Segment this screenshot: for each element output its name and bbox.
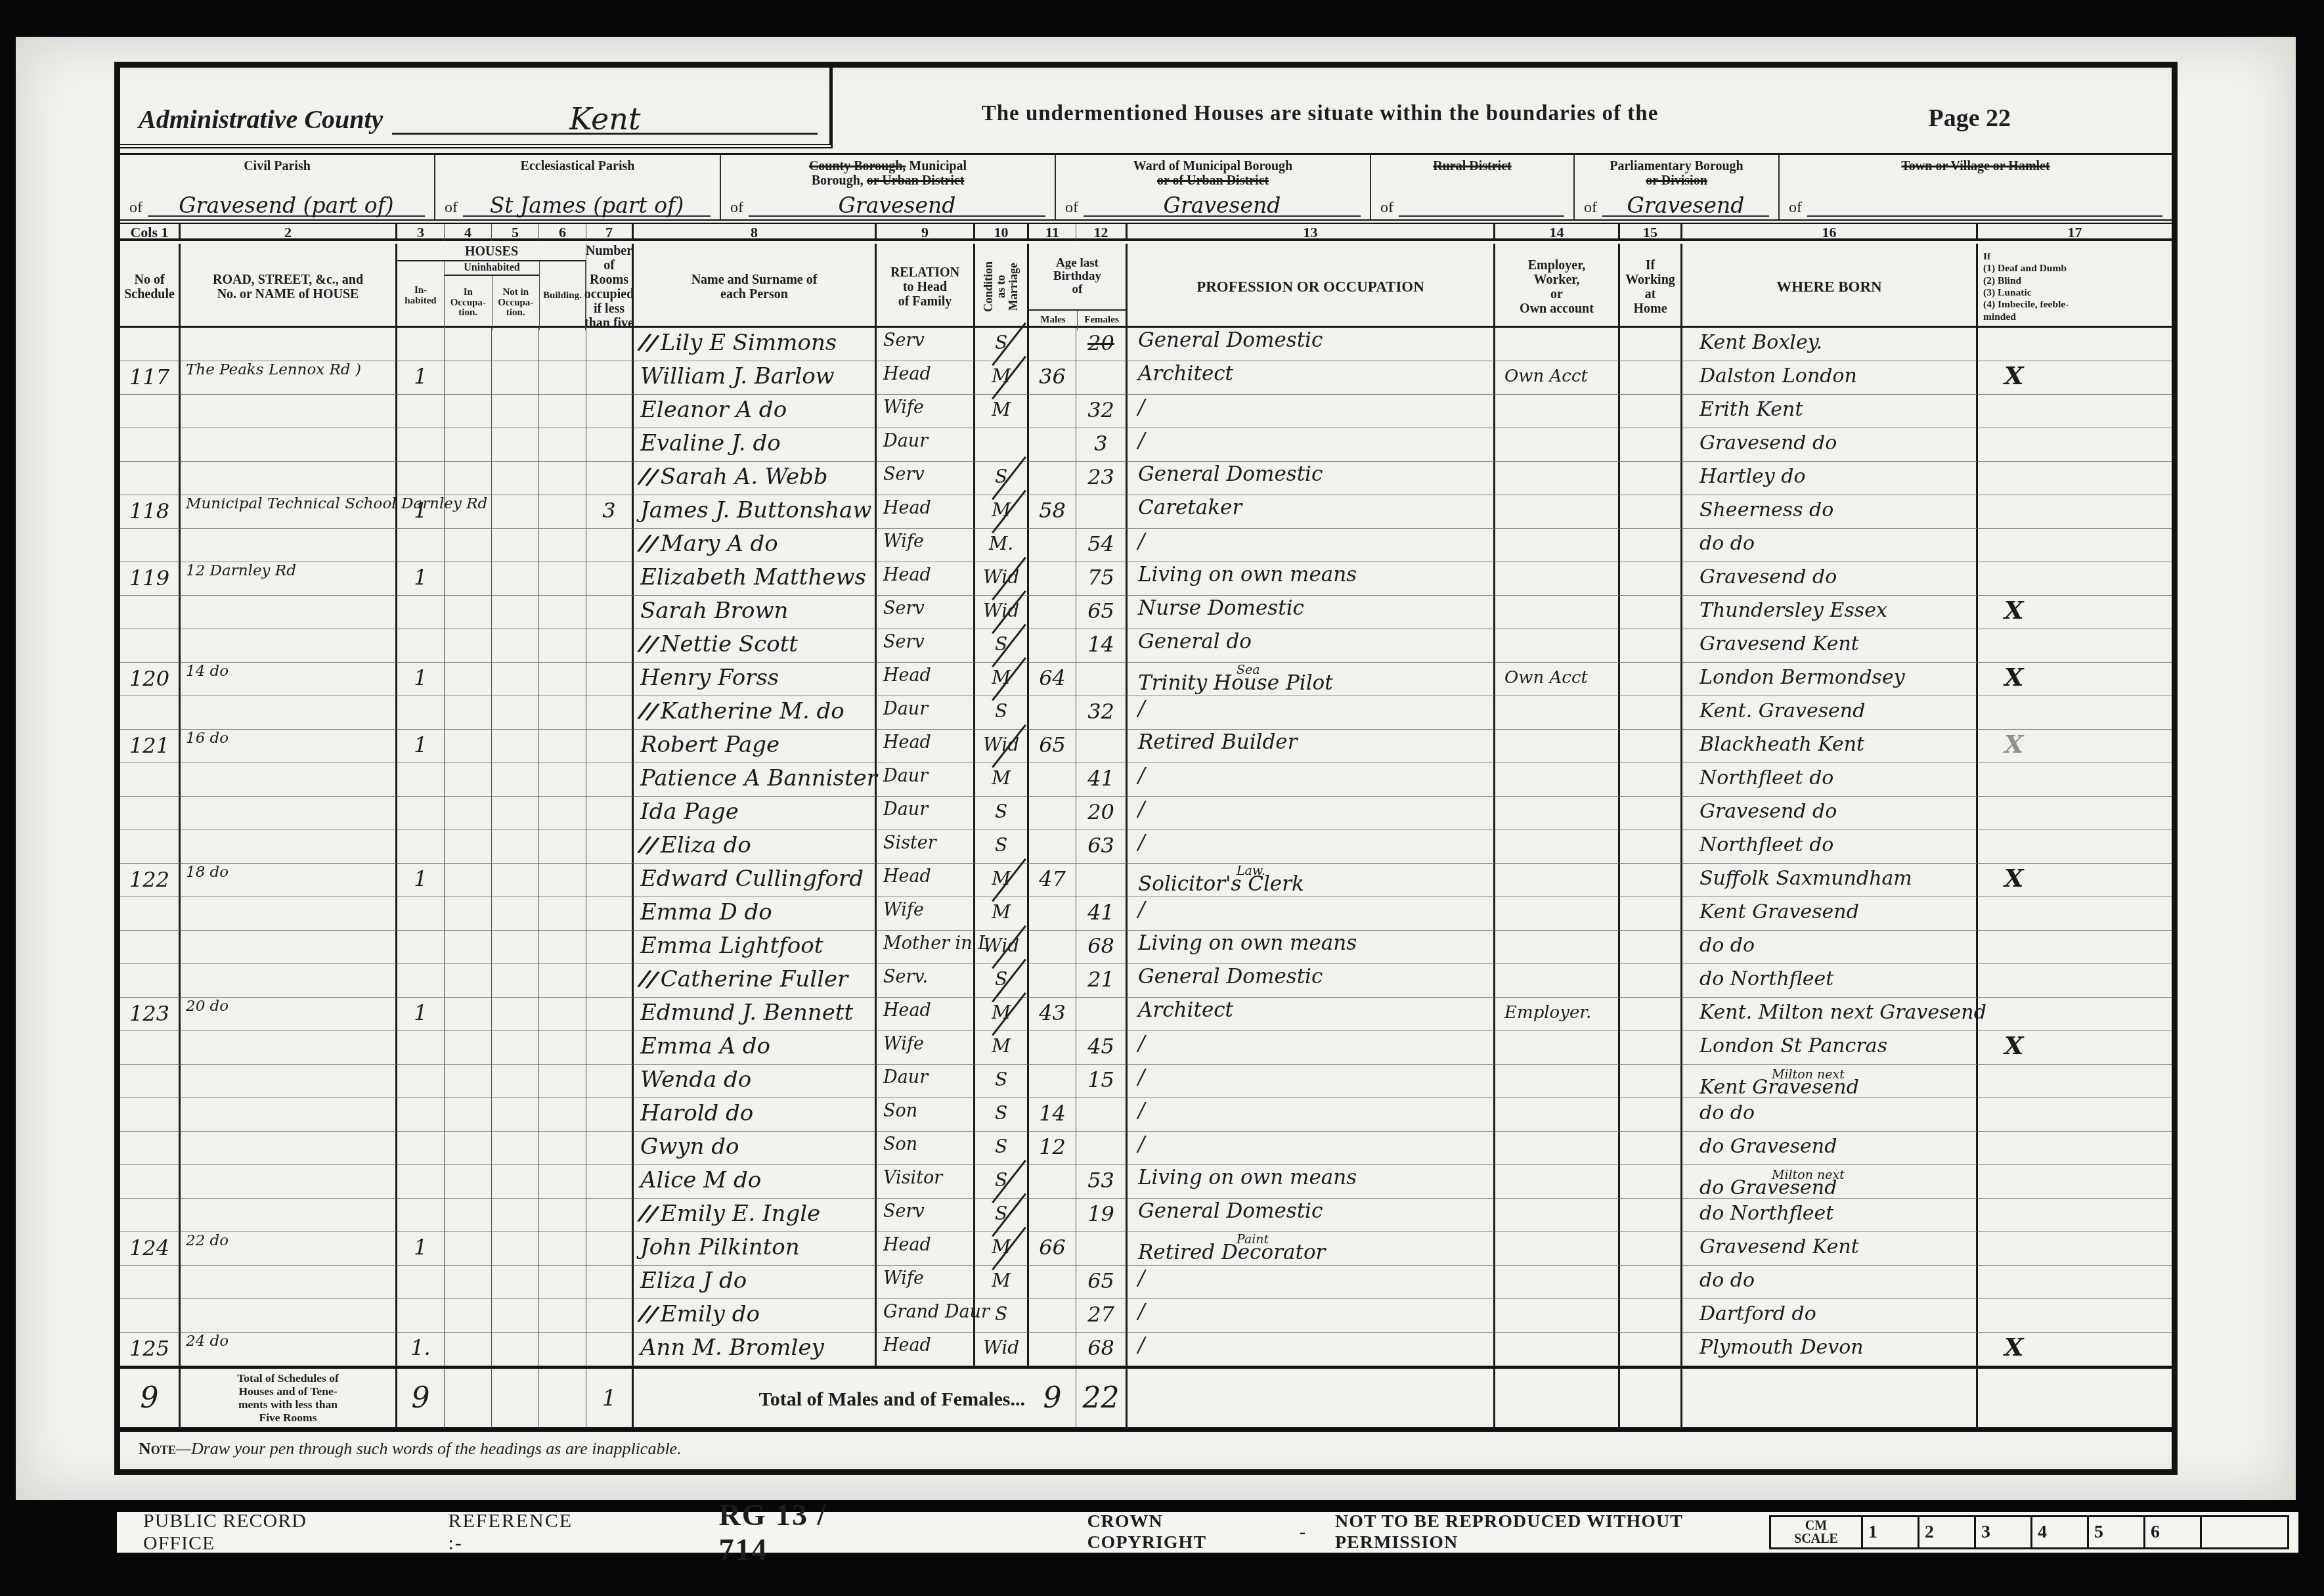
cell-address <box>181 596 397 629</box>
cell-inhabited: 1 <box>397 998 445 1031</box>
cell-rooms <box>586 462 634 495</box>
cell-occupation: General Domestic <box>1128 462 1495 495</box>
cell-schedule <box>120 931 181 964</box>
totals-houses: 9 <box>397 1369 445 1428</box>
cell-inhabited <box>397 797 445 830</box>
cell-uninhabited-in-occupation <box>445 730 492 763</box>
ruler-box <box>2202 1517 2287 1547</box>
table-row: Sarah BrownServWid65Nurse DomesticThunde… <box>120 596 2172 629</box>
cell-schedule <box>120 1065 181 1098</box>
cell-occupation: Caretaker <box>1128 495 1495 529</box>
cell-employer <box>1495 1333 1620 1366</box>
cell-uninhabited-not-occupation <box>492 629 539 663</box>
age-female-value: 27 <box>1087 1302 1114 1327</box>
ruler-box: 6 <box>2145 1517 2202 1547</box>
cell-inhabited <box>397 629 445 663</box>
cell-age-female: 20 <box>1076 328 1128 361</box>
age-female-value: 20 <box>1087 799 1114 824</box>
totals-empty <box>539 1369 586 1428</box>
cell-employer <box>1495 763 1620 797</box>
cell-employer <box>1495 462 1620 495</box>
infirmity-mark: X <box>2004 729 2023 759</box>
cell-uninhabited-in-occupation <box>445 830 492 864</box>
admin-county-label: Administrative County <box>139 104 383 135</box>
cell-infirmity <box>1978 1132 2172 1165</box>
cell-where-born: Kent Boxley. <box>1682 328 1978 361</box>
cell-address <box>181 931 397 964</box>
occupation-value: Nurse Domestic <box>1138 596 1304 620</box>
cell-address <box>181 629 397 663</box>
occupation-value: / <box>1138 395 1145 419</box>
occupation-value: Retired Builder <box>1138 730 1298 754</box>
cell-where-born: Dartford do <box>1682 1299 1978 1333</box>
cell-relation: Son <box>877 1098 975 1132</box>
cell-where-born: Blackheath Kent <box>1682 730 1978 763</box>
cell-relation: Serv <box>877 462 975 495</box>
district-of-line: ofGravesend <box>730 195 1045 217</box>
cell-relation: Grand Daur <box>877 1299 975 1333</box>
cell-building <box>539 495 586 529</box>
cell-inhabited <box>397 830 445 864</box>
header-condition: Condition as to Marriage <box>975 244 1029 330</box>
cell-age-male <box>1029 797 1076 830</box>
age-female-value: 32 <box>1087 699 1114 724</box>
admin-county-box: Administrative County Kent <box>120 68 833 148</box>
cell-schedule: 125 <box>120 1333 181 1366</box>
cell-schedule <box>120 797 181 830</box>
cell-address <box>181 797 397 830</box>
cell-where-born: Gravesend do <box>1682 797 1978 830</box>
cell-working-at-home <box>1620 696 1682 730</box>
age-female-value: 65 <box>1087 598 1114 623</box>
district-label: Civil Parish <box>129 159 425 173</box>
header-age: Age last Birthday of <box>1029 244 1126 309</box>
cell-age-male: 12 <box>1029 1132 1076 1165</box>
cell-building <box>539 1031 586 1065</box>
born-value: Kent. Gravesend <box>1699 699 1865 722</box>
cell-age-female: 68 <box>1076 1333 1128 1366</box>
continuation-tick-mark: // <box>638 326 659 359</box>
cell-uninhabited-not-occupation <box>492 495 539 529</box>
cell-relation: Daur <box>877 696 975 730</box>
district-of-line: ofGravesend <box>1065 195 1361 217</box>
cell-name: Edmund J. Bennett <box>634 998 877 1031</box>
age-female-value: 32 <box>1087 397 1114 422</box>
cell-infirmity <box>1978 1165 2172 1199</box>
district-header-row: Civil ParishofGravesend (part of)Ecclesi… <box>120 153 2172 224</box>
cell-building <box>539 1065 586 1098</box>
table-row: Alice M doVisitorS53Living on own meansM… <box>120 1165 2172 1199</box>
cell-schedule <box>120 830 181 864</box>
born-value: Sheerness do <box>1699 499 1833 521</box>
cell-relation: Daur <box>877 1065 975 1098</box>
cell-age-male <box>1029 596 1076 629</box>
of-word: of <box>1789 199 1802 217</box>
cell-name: //Eliza do <box>634 830 877 864</box>
totals-males: 9 <box>1029 1369 1076 1428</box>
cell-age-male <box>1029 1031 1076 1065</box>
cell-uninhabited-in-occupation <box>445 562 492 596</box>
cell-building <box>539 797 586 830</box>
cell-building <box>539 1232 586 1266</box>
table-body: //Lily E SimmonsServS20General DomesticK… <box>120 328 2172 1366</box>
cell-infirmity <box>1978 797 2172 830</box>
column-number: 13 <box>1128 224 1495 241</box>
cell-building <box>539 1098 586 1132</box>
born-value: Suffolk Saxmundham <box>1699 867 1912 890</box>
table-row: Wenda doDaurS15/Milton nextKent Gravesen… <box>120 1065 2172 1098</box>
admin-county-value: Kent <box>392 106 818 135</box>
cell-uninhabited-not-occupation <box>492 428 539 462</box>
cell-name: William J. Barlow <box>634 361 877 395</box>
cell-age-female: 75 <box>1076 562 1128 596</box>
person-name: Robert Page <box>640 732 779 758</box>
of-word: of <box>1380 199 1393 217</box>
table-row: Patience A BannisterDaurM41/Northfleet d… <box>120 763 2172 797</box>
age-female-value: 65 <box>1087 1268 1114 1293</box>
cell-condition: M <box>975 897 1029 931</box>
cell-age-male <box>1029 830 1076 864</box>
public-record-office-strip: PUBLIC RECORD OFFICE REFERENCE :- RG 13 … <box>117 1512 2298 1553</box>
cell-relation: Daur <box>877 763 975 797</box>
cell-name: Emma A do <box>634 1031 877 1065</box>
cell-occupation: General Domestic <box>1128 1199 1495 1232</box>
cell-occupation: / <box>1128 797 1495 830</box>
separator-dash: - <box>1300 1522 1305 1543</box>
occupation-value: Solicitor's Clerk <box>1138 872 1304 896</box>
table-row: Emma D doWifeM41/Kent Gravesend <box>120 897 2172 931</box>
note-text: —Draw your pen through such words of the… <box>176 1439 682 1458</box>
cell-condition: M <box>975 395 1029 428</box>
district-label-segment: or Division <box>1646 173 1707 188</box>
cell-inhabited: 1 <box>397 562 445 596</box>
column-number: 3 <box>397 224 445 241</box>
continuation-tick-mark: // <box>638 963 659 996</box>
header-in-occupation: In Occupa- tion. <box>445 276 493 330</box>
cell-age-female: 15 <box>1076 1065 1128 1098</box>
column-number: 12 <box>1076 224 1128 241</box>
cell-address: 14 do <box>181 663 397 696</box>
person-name: Elizabeth Matthews <box>640 564 866 590</box>
cell-age-male: 43 <box>1029 998 1076 1031</box>
cell-age-male <box>1029 1065 1076 1098</box>
age-female-value: 45 <box>1087 1034 1114 1059</box>
column-number: Cols 1 <box>120 224 181 241</box>
district-of-line: of <box>1380 199 1564 217</box>
cell-building <box>539 596 586 629</box>
cell-age-female <box>1076 361 1128 395</box>
cell-where-born: do do <box>1682 529 1978 562</box>
district-label-line: Borough, or Urban District <box>730 173 1045 188</box>
district-cell-civil-parish: Civil ParishofGravesend (part of) <box>120 155 435 219</box>
cell-infirmity: X <box>1978 1031 2172 1065</box>
cell-condition: Wid <box>975 730 1029 763</box>
age-female-value: 15 <box>1087 1067 1114 1092</box>
cell-uninhabited-in-occupation <box>445 763 492 797</box>
cell-inhabited: 1 <box>397 864 445 897</box>
cell-employer <box>1495 964 1620 998</box>
occupation-value: / <box>1138 697 1145 720</box>
person-name: Catherine Fuller <box>661 966 848 992</box>
cell-occupation: General do <box>1128 629 1495 663</box>
cell-name: Harold do <box>634 1098 877 1132</box>
cell-address: 20 do <box>181 998 397 1031</box>
cell-name: James J. Buttonshaw <box>634 495 877 529</box>
district-cell-parliamentary-borough: Parliamentary Boroughor DivisionofGraves… <box>1575 155 1780 219</box>
cell-uninhabited-in-occupation <box>445 1165 492 1199</box>
cell-condition: Wid <box>975 596 1029 629</box>
cell-uninhabited-in-occupation <box>445 964 492 998</box>
cell-infirmity <box>1978 1065 2172 1098</box>
district-label-segment: County Borough, <box>809 159 906 173</box>
cell-name: Sarah Brown <box>634 596 877 629</box>
cell-relation: Head <box>877 562 975 596</box>
infirmity-mark: X <box>2004 1031 2023 1060</box>
age-female-value: 54 <box>1087 531 1114 556</box>
of-word: of <box>730 199 743 217</box>
cell-occupation: / <box>1128 696 1495 730</box>
cell-employer <box>1495 1098 1620 1132</box>
ruler-box: 1 <box>1863 1517 1919 1547</box>
totals-empty <box>445 1369 492 1428</box>
cell-occupation: / <box>1128 529 1495 562</box>
person-name: Henry Forss <box>640 665 779 691</box>
cell-age-male <box>1029 763 1076 797</box>
cell-where-born: Kent Gravesend <box>1682 897 1978 931</box>
cell-name: Ida Page <box>634 797 877 830</box>
person-name: Emily E. Ingle <box>661 1201 820 1227</box>
cell-age-male <box>1029 964 1076 998</box>
totals-females: 22 <box>1076 1369 1128 1428</box>
continuation-tick-mark: // <box>638 1298 659 1331</box>
cell-where-born: do Gravesend <box>1682 1132 1978 1165</box>
infirmity-mark: X <box>2004 595 2023 625</box>
cell-name: John Pilkinton <box>634 1232 877 1266</box>
born-value: do do <box>1699 1101 1755 1124</box>
ruler-box: 4 <box>2032 1517 2089 1547</box>
cell-rooms <box>586 1031 634 1065</box>
cm-scale-label: CM SCALE <box>1771 1517 1863 1547</box>
born-value: Kent Boxley. <box>1699 331 1822 354</box>
cell-uninhabited-in-occupation <box>445 328 492 361</box>
cell-uninhabited-in-occupation <box>445 1031 492 1065</box>
cell-where-born: Milton nextdo Gravesend <box>1682 1165 1978 1199</box>
cell-name: Edward Cullingford <box>634 864 877 897</box>
cell-name: Evaline J. do <box>634 428 877 462</box>
cell-name: //Katherine M. do <box>634 696 877 730</box>
born-value: do Gravesend <box>1699 1176 1837 1199</box>
person-name: Edmund J. Bennett <box>640 1000 853 1026</box>
cell-inhabited: 1 <box>397 495 445 529</box>
cell-building <box>539 629 586 663</box>
cell-infirmity: X <box>1978 361 2172 395</box>
cell-schedule: 123 <box>120 998 181 1031</box>
column-number: 14 <box>1495 224 1620 241</box>
cell-employer <box>1495 1199 1620 1232</box>
cell-employer <box>1495 1065 1620 1098</box>
cell-where-born: Plymouth Devon <box>1682 1333 1978 1366</box>
cell-uninhabited-in-occupation <box>445 1333 492 1366</box>
ruler-box: 5 <box>2089 1517 2145 1547</box>
cell-schedule <box>120 1098 181 1132</box>
cell-infirmity <box>1978 696 2172 730</box>
table-row: //Eliza doSisterS63/Northfleet do <box>120 830 2172 864</box>
cell-building <box>539 663 586 696</box>
person-name: Gwyn do <box>640 1134 739 1160</box>
cell-name: Wenda do <box>634 1065 877 1098</box>
cell-uninhabited-not-occupation <box>492 529 539 562</box>
cell-schedule <box>120 428 181 462</box>
table-row: Eleanor A doWifeM32/Erith Kent <box>120 395 2172 428</box>
cell-age-female <box>1076 730 1128 763</box>
person-name: Eliza J do <box>640 1268 747 1294</box>
cell-schedule: 124 <box>120 1232 181 1266</box>
age-female-value: 20 <box>1087 330 1114 355</box>
cell-infirmity <box>1978 1098 2172 1132</box>
cell-occupation: / <box>1128 1132 1495 1165</box>
cell-relation: Sister <box>877 830 975 864</box>
cell-age-male <box>1029 1299 1076 1333</box>
cell-schedule <box>120 1132 181 1165</box>
continuation-tick-mark: // <box>638 460 659 493</box>
occupation-value: / <box>1138 529 1145 553</box>
cell-rooms <box>586 1098 634 1132</box>
cell-age-male <box>1029 1333 1076 1366</box>
table-row: 12014 do1Henry ForssHeadM64SeaTrinity Ho… <box>120 663 2172 696</box>
cell-inhabited <box>397 1266 445 1299</box>
cell-uninhabited-not-occupation <box>492 395 539 428</box>
cell-employer <box>1495 1266 1620 1299</box>
cell-working-at-home <box>1620 897 1682 931</box>
cell-building <box>539 1266 586 1299</box>
district-label-segment: Rural District <box>1433 159 1511 173</box>
table-row: //Lily E SimmonsServS20General DomesticK… <box>120 328 2172 361</box>
district-label-line: County Borough, Municipal <box>730 159 1045 173</box>
occupation-value: / <box>1138 1266 1145 1290</box>
cell-schedule: 118 <box>120 495 181 529</box>
cell-age-male: 66 <box>1029 1232 1076 1266</box>
cm-scale-ruler: CM SCALE123456 <box>1769 1515 2289 1549</box>
table-row: Emma LightfootMother in LWid68Living on … <box>120 931 2172 964</box>
cell-condition: S <box>975 1299 1029 1333</box>
person-name: Eleanor A do <box>640 397 787 423</box>
district-label: Rural District <box>1380 159 1564 173</box>
cell-infirmity <box>1978 462 2172 495</box>
table-row: //Catherine FullerServ.S21General Domest… <box>120 964 2172 998</box>
cell-building <box>539 998 586 1031</box>
age-female-value: 63 <box>1087 833 1114 858</box>
cell-infirmity <box>1978 1232 2172 1266</box>
cell-occupation: Retired Builder <box>1128 730 1495 763</box>
cell-name: //Emily E. Ingle <box>634 1199 877 1232</box>
cell-infirmity <box>1978 763 2172 797</box>
cell-infirmity <box>1978 897 2172 931</box>
cell-occupation: / <box>1128 428 1495 462</box>
age-female-value: 68 <box>1087 933 1114 958</box>
cell-uninhabited-not-occupation <box>492 897 539 931</box>
cell-uninhabited-not-occupation <box>492 562 539 596</box>
cell-occupation: / <box>1128 1299 1495 1333</box>
district-value <box>1399 215 1564 217</box>
cell-relation: Wife <box>877 395 975 428</box>
cell-age-male <box>1029 562 1076 596</box>
cell-uninhabited-in-occupation <box>445 361 492 395</box>
district-of-line: ofGravesend <box>1584 195 1769 217</box>
header-home: If Working at Home <box>1620 244 1682 330</box>
totals-males-females-label: Total of Males and of Females... <box>634 1369 1029 1428</box>
cell-infirmity: X <box>1978 730 2172 763</box>
note-line: Note—Draw your pen through such words of… <box>139 1439 682 1459</box>
cell-schedule <box>120 529 181 562</box>
cell-occupation: Architect <box>1128 361 1495 395</box>
cell-condition: S <box>975 328 1029 361</box>
cell-condition: M <box>975 763 1029 797</box>
person-name: Emma A do <box>640 1033 770 1059</box>
cell-where-born: do Northfleet <box>1682 1199 1978 1232</box>
occupation-value: / <box>1138 1065 1145 1089</box>
cell-infirmity <box>1978 395 2172 428</box>
occupation-value: / <box>1138 1099 1145 1122</box>
cell-address <box>181 1299 397 1333</box>
cell-working-at-home <box>1620 931 1682 964</box>
cell-age-male <box>1029 1199 1076 1232</box>
cell-relation: Serv <box>877 596 975 629</box>
cell-address: 16 do <box>181 730 397 763</box>
cell-address <box>181 1132 397 1165</box>
cell-condition: S <box>975 964 1029 998</box>
age-female-value: 41 <box>1087 900 1114 925</box>
cell-address: 24 do <box>181 1333 397 1366</box>
person-name: Sarah Brown <box>640 598 789 624</box>
cell-name: //Mary A do <box>634 529 877 562</box>
district-value: St James (part of) <box>463 195 711 217</box>
cell-uninhabited-in-occupation <box>445 1065 492 1098</box>
person-name: Nettie Scott <box>661 631 798 657</box>
cell-occupation: Living on own means <box>1128 562 1495 596</box>
table-row: Emma A doWifeM45/London St PancrasX <box>120 1031 2172 1065</box>
cell-rooms <box>586 931 634 964</box>
table-row: Gwyn doSonS12/do Gravesend <box>120 1132 2172 1165</box>
district-label: County Borough, MunicipalBorough, or Urb… <box>730 159 1045 188</box>
cell-uninhabited-not-occupation <box>492 696 539 730</box>
district-cell-ecclesiastical-parish: Ecclesiastical ParishofSt James (part of… <box>435 155 721 219</box>
cell-address <box>181 1165 397 1199</box>
cell-address <box>181 428 397 462</box>
cell-condition: M <box>975 663 1029 696</box>
occupation-value: Architect <box>1138 362 1233 386</box>
cell-rooms <box>586 763 634 797</box>
cell-infirmity <box>1978 964 2172 998</box>
cell-inhabited <box>397 462 445 495</box>
cell-working-at-home <box>1620 428 1682 462</box>
cell-inhabited <box>397 931 445 964</box>
cell-occupation: / <box>1128 395 1495 428</box>
cell-infirmity <box>1978 495 2172 529</box>
cell-inhabited <box>397 964 445 998</box>
cell-rooms <box>586 1232 634 1266</box>
cell-employer <box>1495 696 1620 730</box>
cell-infirmity: X <box>1978 663 2172 696</box>
cell-rooms <box>586 1165 634 1199</box>
cell-relation: Visitor <box>877 1165 975 1199</box>
table-row: 117The Peaks Lennox Rd )1William J. Barl… <box>120 361 2172 395</box>
cell-building <box>539 931 586 964</box>
infirmity-mark: X <box>2004 1332 2023 1362</box>
cell-address <box>181 462 397 495</box>
cell-inhabited <box>397 1065 445 1098</box>
cell-building <box>539 763 586 797</box>
district-label-line: Ecclesiastical Parish <box>445 159 711 173</box>
